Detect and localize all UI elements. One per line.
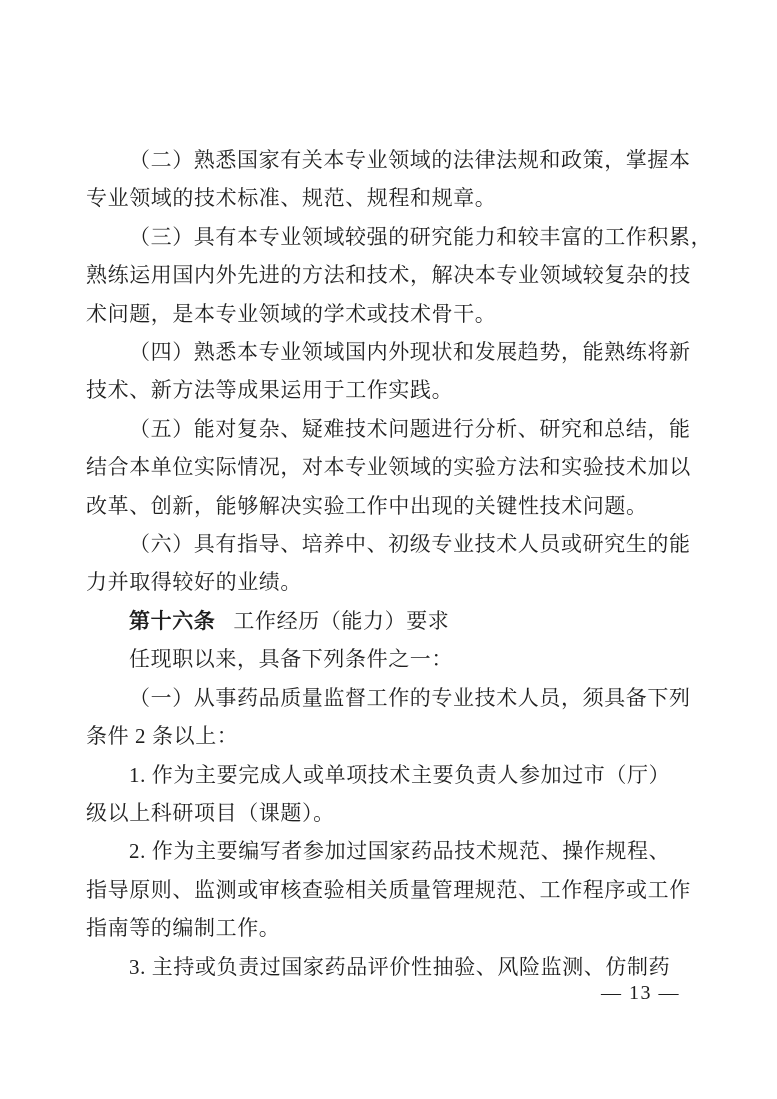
text-line: 3. 主持或负责过国家药品评价性抽验、风险监测、仿制药 [86,948,694,986]
text-line: （一）从事药品质量监督工作的专业技术人员，须具备下列 [86,679,694,717]
article-number: 第十六条 [129,609,215,633]
text-line: 1. 作为主要完成人或单项技术主要负责人参加过市（厅） [86,756,694,794]
text-line: 技术、新方法等成果运用于工作实践。 [86,371,694,409]
article-title: 工作经历（能力）要求 [233,609,449,633]
text-line: （六）具有指导、培养中、初级专业技术人员或研究生的能 [86,525,694,563]
page-number: — 13 — [601,982,680,1005]
text-line: 级以上科研项目（课题）。 [86,794,694,832]
text-line: 术问题，是本专业领域的学术或技术骨干。 [86,295,694,333]
text-line: 指导原则、监测或审核查验相关质量管理规范、工作程序或工作 [86,871,694,909]
article-16-heading: 第十六条工作经历（能力）要求 [86,602,694,640]
text-line: （四）熟悉本专业领域国内外现状和发展趋势，能熟练将新 [86,333,694,371]
text-line: 结合本单位实际情况，对本专业领域的实验方法和实验技术加以 [86,448,694,486]
text-line: 改革、创新，能够解决实验工作中出现的关键性技术问题。 [86,487,694,525]
text-line: 条件 2 条以上： [86,717,694,755]
text-line: 专业领域的技术标准、规范、规程和规章。 [86,179,694,217]
text-line: 2. 作为主要编写者参加过国家药品技术规范、操作规程、 [86,832,694,870]
text-line: 力并取得较好的业绩。 [86,563,694,601]
text-line: 指南等的编制工作。 [86,909,694,947]
text-line: 任现职以来，具备下列条件之一： [86,640,694,678]
document-page: （二）熟悉国家有关本专业领域的法律法规和政策，掌握本 专业领域的技术标准、规范、… [0,0,777,1099]
text-line: （三）具有本专业领域较强的研究能力和较丰富的工作积累， [86,218,694,256]
text-line: （五）能对复杂、疑难技术问题进行分析、研究和总结，能 [86,410,694,448]
document-body: （二）熟悉国家有关本专业领域的法律法规和政策，掌握本 专业领域的技术标准、规范、… [86,141,694,986]
text-line: 熟练运用国内外先进的方法和技术，解决本专业领域较复杂的技 [86,256,694,294]
text-line: （二）熟悉国家有关本专业领域的法律法规和政策，掌握本 [86,141,694,179]
